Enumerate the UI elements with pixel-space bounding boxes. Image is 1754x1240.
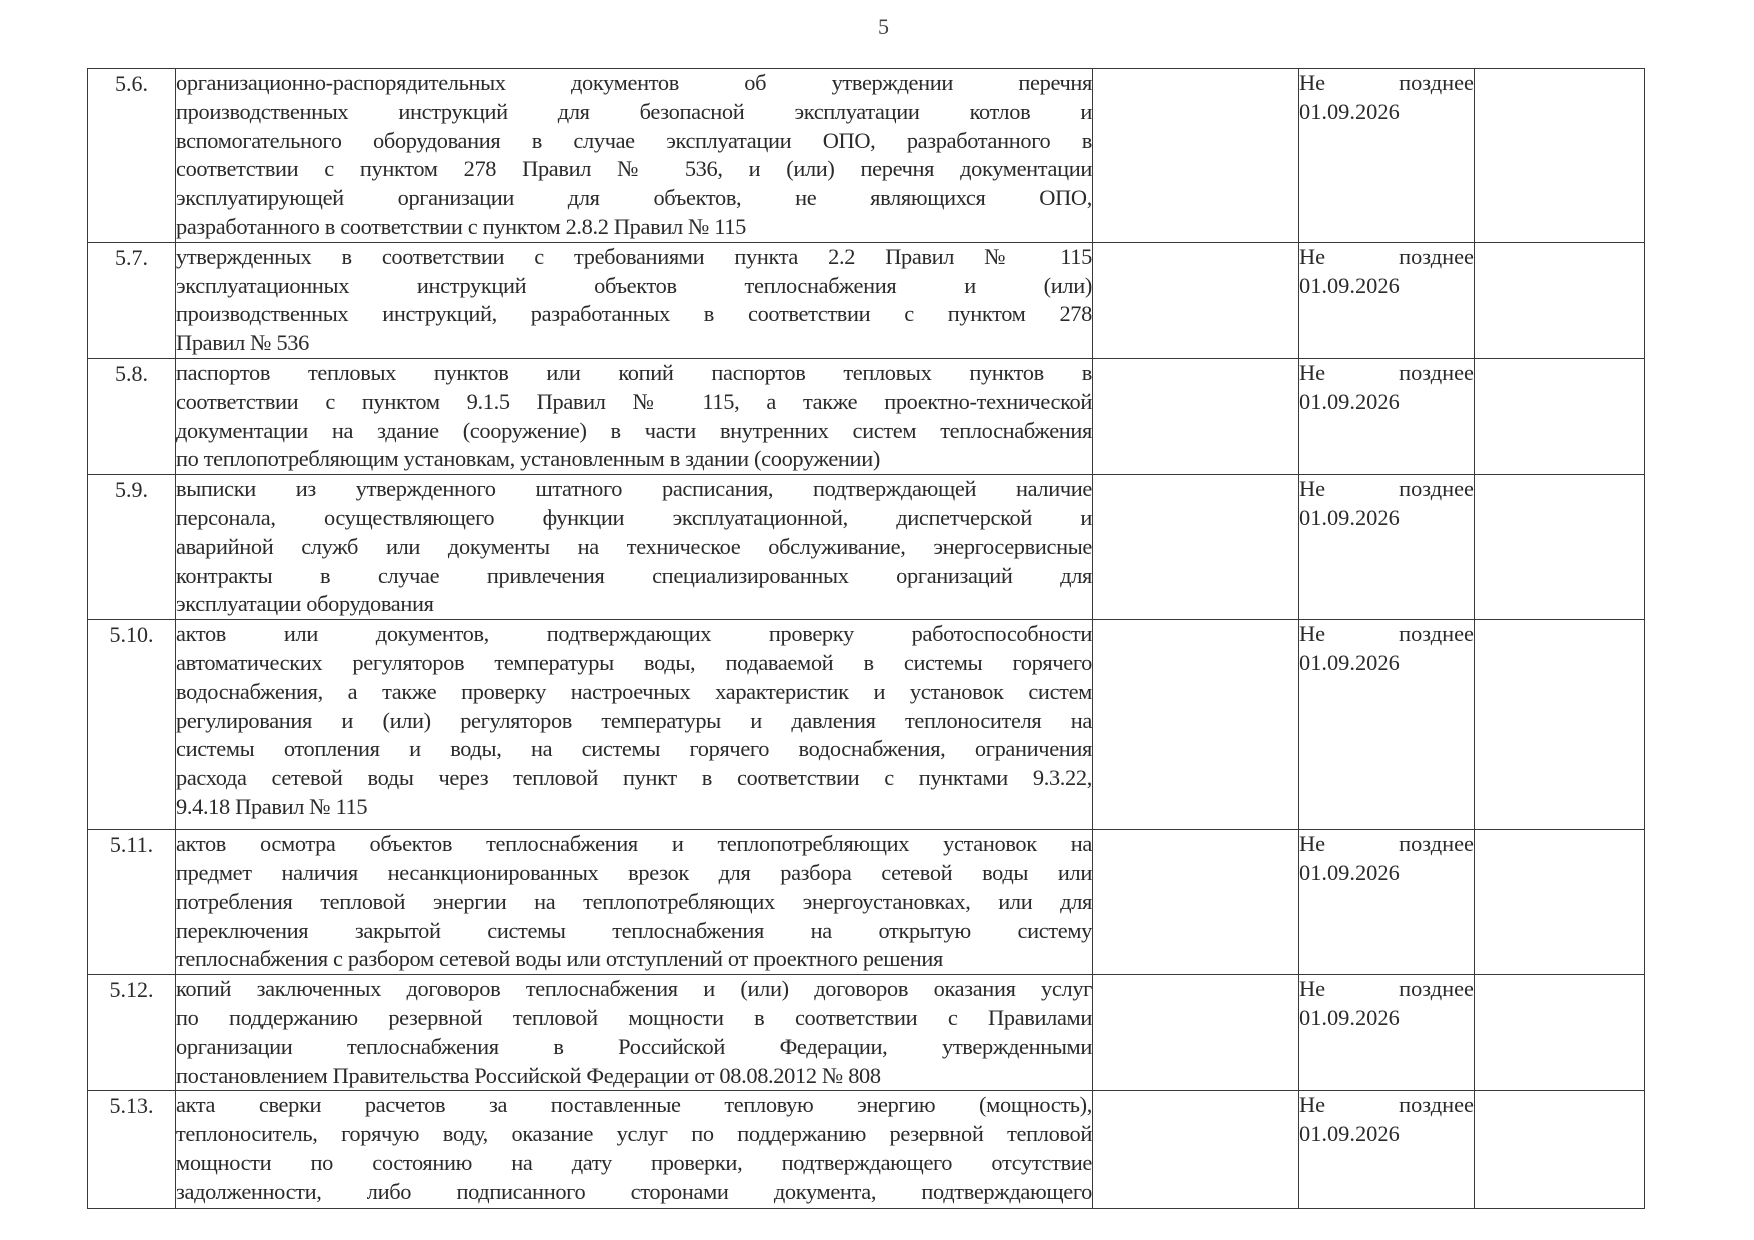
text-line: паспортов тепловых пунктов или копий пас…: [176, 359, 1092, 388]
deadline-date: 01.09.2026: [1299, 504, 1474, 533]
table-row: 5.12.копий заключенных договоров теплосн…: [88, 975, 1645, 1091]
deadline-label: позднее: [1399, 69, 1474, 98]
row-number: 5.6.: [88, 69, 176, 243]
text-line: эксплуатирующей организации для объектов…: [176, 184, 1092, 213]
notes-cell: [1475, 358, 1645, 474]
text-line: по поддержанию резервной тепловой мощнос…: [176, 1004, 1092, 1033]
notes-cell: [1475, 620, 1645, 830]
deadline-label: позднее: [1399, 830, 1474, 859]
text-line: вспомогательного оборудования в случае э…: [176, 127, 1092, 156]
text-line: постановлением Правительства Российской …: [176, 1062, 1092, 1091]
text-line: задолженности, либо подписанного сторона…: [176, 1178, 1092, 1207]
row-number: 5.13.: [88, 1091, 176, 1209]
text-line: теплоноситель, горячую воду, оказание ус…: [176, 1120, 1092, 1149]
deadline-cell: Непозднее01.09.2026: [1299, 620, 1475, 830]
empty-cell: [1093, 1091, 1299, 1209]
text-line: 9.4.18 Правил № 115: [176, 793, 1092, 822]
empty-cell: [1093, 69, 1299, 243]
deadline-cell: Непозднее01.09.2026: [1299, 975, 1475, 1091]
deadline-label: Не: [1299, 1091, 1325, 1120]
deadline-cell: Непозднее01.09.2026: [1299, 242, 1475, 358]
text-line: актов осмотра объектов теплоснабжения и …: [176, 830, 1092, 859]
document-description: организационно-распорядительных документ…: [176, 69, 1093, 243]
text-line: переключения закрытой системы теплоснабж…: [176, 917, 1092, 946]
notes-cell: [1475, 1091, 1645, 1209]
deadline-label: Не: [1299, 243, 1325, 272]
document-description: утвержденных в соответствии с требования…: [176, 242, 1093, 358]
text-line: Правил № 536: [176, 329, 1092, 358]
text-line: системы отопления и воды, на системы гор…: [176, 735, 1092, 764]
document-description: актов или документов, подтверждающих про…: [176, 620, 1093, 830]
deadline-label: позднее: [1399, 243, 1474, 272]
row-number: 5.7.: [88, 242, 176, 358]
deadline-date: 01.09.2026: [1299, 1004, 1474, 1033]
page-number: 5: [878, 14, 889, 40]
deadline-cell: Непозднее01.09.2026: [1299, 1091, 1475, 1209]
deadline-cell: Непозднее01.09.2026: [1299, 358, 1475, 474]
deadline-cell: Непозднее01.09.2026: [1299, 475, 1475, 620]
document-description: выписки из утвержденного штатного распис…: [176, 475, 1093, 620]
text-line: документации на здание (сооружение) в ча…: [176, 417, 1092, 446]
table-row: 5.9.выписки из утвержденного штатного ра…: [88, 475, 1645, 620]
text-line: регулирования и (или) регуляторов темпер…: [176, 707, 1092, 736]
table-row: 5.11.актов осмотра объектов теплоснабжен…: [88, 830, 1645, 975]
deadline-cell: Непозднее01.09.2026: [1299, 69, 1475, 243]
notes-cell: [1475, 69, 1645, 243]
text-line: производственных инструкций, разработанн…: [176, 300, 1092, 329]
text-line: предмет наличия несанкционированных врез…: [176, 859, 1092, 888]
text-line: потребления тепловой энергии на теплопот…: [176, 888, 1092, 917]
notes-cell: [1475, 975, 1645, 1091]
text-line: аварийной служб или документы на техниче…: [176, 533, 1092, 562]
empty-cell: [1093, 475, 1299, 620]
text-line: утвержденных в соответствии с требования…: [176, 243, 1092, 272]
text-line: персонала, осуществляющего функции экспл…: [176, 504, 1092, 533]
deadline-label: Не: [1299, 620, 1325, 649]
text-line: расхода сетевой воды через тепловой пунк…: [176, 764, 1092, 793]
row-number: 5.10.: [88, 620, 176, 830]
row-number: 5.9.: [88, 475, 176, 620]
text-line: по теплопотребляющим установкам, установ…: [176, 445, 1092, 474]
deadline-label: Не: [1299, 830, 1325, 859]
text-line: эксплуатационных инструкций объектов теп…: [176, 272, 1092, 301]
text-line: соответствии с пунктом 278 Правил № 536,…: [176, 155, 1092, 184]
notes-cell: [1475, 242, 1645, 358]
notes-cell: [1475, 830, 1645, 975]
document-description: копий заключенных договоров теплоснабжен…: [176, 975, 1093, 1091]
text-line: организации теплоснабжения в Российской …: [176, 1033, 1092, 1062]
table-row: 5.8.паспортов тепловых пунктов или копий…: [88, 358, 1645, 474]
empty-cell: [1093, 242, 1299, 358]
deadline-cell: Непозднее01.09.2026: [1299, 830, 1475, 975]
text-line: актов или документов, подтверждающих про…: [176, 620, 1092, 649]
deadline-date: 01.09.2026: [1299, 649, 1474, 678]
text-line: разработанного в соответствии с пунктом …: [176, 213, 1092, 242]
document-description: паспортов тепловых пунктов или копий пас…: [176, 358, 1093, 474]
table-row: 5.10.актов или документов, подтверждающи…: [88, 620, 1645, 830]
text-line: выписки из утвержденного штатного распис…: [176, 475, 1092, 504]
deadline-date: 01.09.2026: [1299, 1120, 1474, 1149]
table-row: 5.6.организационно-распорядительных доку…: [88, 69, 1645, 243]
empty-cell: [1093, 620, 1299, 830]
deadline-label: Не: [1299, 359, 1325, 388]
text-line: теплоснабжения с разбором сетевой воды и…: [176, 945, 1092, 974]
deadline-label: позднее: [1399, 620, 1474, 649]
text-line: копий заключенных договоров теплоснабжен…: [176, 975, 1092, 1004]
deadline-label: Не: [1299, 975, 1325, 1004]
empty-cell: [1093, 358, 1299, 474]
deadline-label: позднее: [1399, 1091, 1474, 1120]
text-line: автоматических регуляторов температуры в…: [176, 649, 1092, 678]
deadline-date: 01.09.2026: [1299, 98, 1474, 127]
requirements-table: 5.6.организационно-распорядительных доку…: [87, 68, 1645, 1209]
text-line: акта сверки расчетов за поставленные теп…: [176, 1091, 1092, 1120]
deadline-label: позднее: [1399, 975, 1474, 1004]
text-line: водоснабжения, а также проверку настроеч…: [176, 678, 1092, 707]
deadline-date: 01.09.2026: [1299, 388, 1474, 417]
document-description: акта сверки расчетов за поставленные теп…: [176, 1091, 1093, 1209]
deadline-date: 01.09.2026: [1299, 272, 1474, 301]
deadline-label: Не: [1299, 69, 1325, 98]
deadline-label: Не: [1299, 475, 1325, 504]
deadline-date: 01.09.2026: [1299, 859, 1474, 888]
row-number: 5.11.: [88, 830, 176, 975]
empty-cell: [1093, 975, 1299, 1091]
text-line: мощности по состоянию на дату проверки, …: [176, 1149, 1092, 1178]
text-line: организационно-распорядительных документ…: [176, 69, 1092, 98]
row-number: 5.12.: [88, 975, 176, 1091]
empty-cell: [1093, 830, 1299, 975]
deadline-label: позднее: [1399, 359, 1474, 388]
table-row: 5.13.акта сверки расчетов за поставленны…: [88, 1091, 1645, 1209]
notes-cell: [1475, 475, 1645, 620]
row-number: 5.8.: [88, 358, 176, 474]
deadline-label: позднее: [1399, 475, 1474, 504]
table-row: 5.7.утвержденных в соответствии с требов…: [88, 242, 1645, 358]
text-line: соответствии с пунктом 9.1.5 Правил № 11…: [176, 388, 1092, 417]
text-line: контракты в случае привлечения специализ…: [176, 562, 1092, 591]
document-description: актов осмотра объектов теплоснабжения и …: [176, 830, 1093, 975]
text-line: производственных инструкций для безопасн…: [176, 98, 1092, 127]
text-line: эксплуатации оборудования: [176, 590, 1092, 619]
